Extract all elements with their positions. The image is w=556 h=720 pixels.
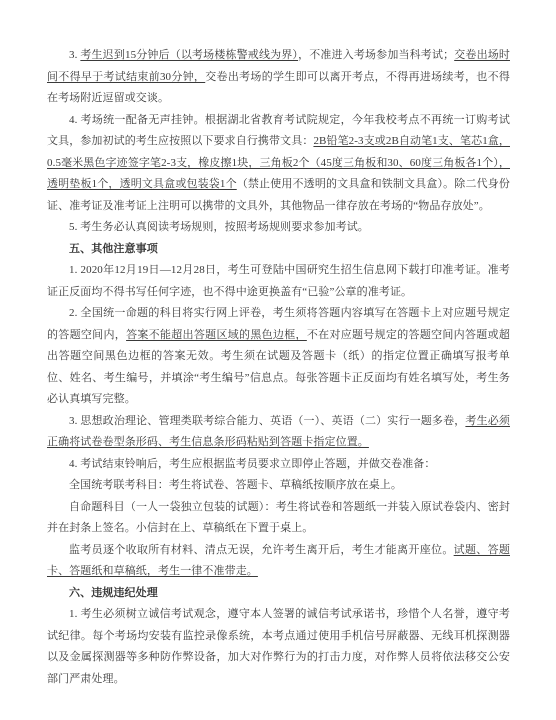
section-heading-other-notes: 五、其他注意事项 [47,239,510,261]
para-text: 全国统考联考科目：考生将试卷、答题卡、草稿纸按顺序放在桌上。 [69,479,402,491]
para-stationery: 4. 考场统一配备无声挂钟。根据湖北省教育考试院规定，今年我校考点不再统一订购考… [47,110,510,218]
para-text: 4. 考试结束铃响后，考生应根据监考员要求立即停止答题，并做交卷准备： [69,458,436,470]
para-late-arrival: 3. 考生迟到15分钟后（以考场楼栋警戒线为界），不准进入考场参加当科考试；交卷… [47,45,510,110]
para-text: ，不准进入考场参加当科考试； [298,49,454,61]
document-body: 3. 考生迟到15分钟后（以考场楼栋警戒线为界），不准进入考场参加当科考试；交卷… [47,45,510,690]
section-heading-violation-handling: 六、违规违纪处理 [47,583,510,605]
para-barcode: 3. 思想政治理论、管理类联考综合能力、英语（一）、英语（二）实行一题多卷，考生… [47,411,510,454]
para-exam-end-bell: 4. 考试结束铃响后，考生应根据监考员要求立即停止答题，并做交卷准备： [47,454,510,476]
para-unified-subjects: 全国统考联考科目：考生将试卷、答题卡、草稿纸按顺序放在桌上。 [47,475,510,497]
para-text: 5. 考生务必认真阅读考场规则，按照考场规则要求参加考试。 [69,221,369,233]
underlined-text: 考生迟到15分钟后（以考场楼栋警戒线为界） [80,49,298,61]
heading-text: 五、其他注意事项 [69,243,158,255]
para-answer-sheet: 2. 全国统一命题的科目将实行网上评卷，考生须将答题内容填写在答题卡上对应题号规… [47,303,510,411]
document-page: 3. 考生迟到15分钟后（以考场楼栋警戒线为界），不准进入考场参加当科考试；交卷… [0,0,556,720]
para-text: 1. 考生必须树立诚信考试观念，遵守本人签署的诚信考试承诺书，珍惜个人名誉，遵守… [47,608,510,685]
para-text: 1. 2020年12月19日—12月28日，考生可登陆中国研究生招生信息网下载打… [47,264,510,298]
para-integrity: 1. 考生必须树立诚信考试观念，遵守本人签署的诚信考试承诺书，珍惜个人名誉，遵守… [47,604,510,690]
para-text: 自命题科目（一人一袋独立包装的试题）：考生将试卷和答题纸一并装入原试卷袋内、密封… [47,501,510,535]
para-admission-ticket: 1. 2020年12月19日—12月28日，考生可登陆中国研究生招生信息网下载打… [47,260,510,303]
para-invigilator-collect: 监考员逐个收取所有材料、清点无误，允许考生离开后，考生才能离开座位。试题、答题卡… [47,540,510,583]
para-text: 3. 思想政治理论、管理类联考综合能力、英语（一）、英语（二）实行一题多卷， [69,415,465,427]
para-exam-room-rules: 5. 考生务必认真阅读考场规则，按照考场规则要求参加考试。 [47,217,510,239]
underlined-text: 答案不能超出答题区域的黑色边框， [126,329,307,341]
para-text: 监考员逐个收取所有材料、清点无误，允许考生离开后，考生才能离开座位。 [69,544,454,556]
heading-text: 六、违规违纪处理 [69,587,158,599]
para-self-proposed-subjects: 自命题科目（一人一袋独立包装的试题）：考生将试卷和答题纸一并装入原试卷袋内、密封… [47,497,510,540]
para-text: 3. [69,49,80,61]
